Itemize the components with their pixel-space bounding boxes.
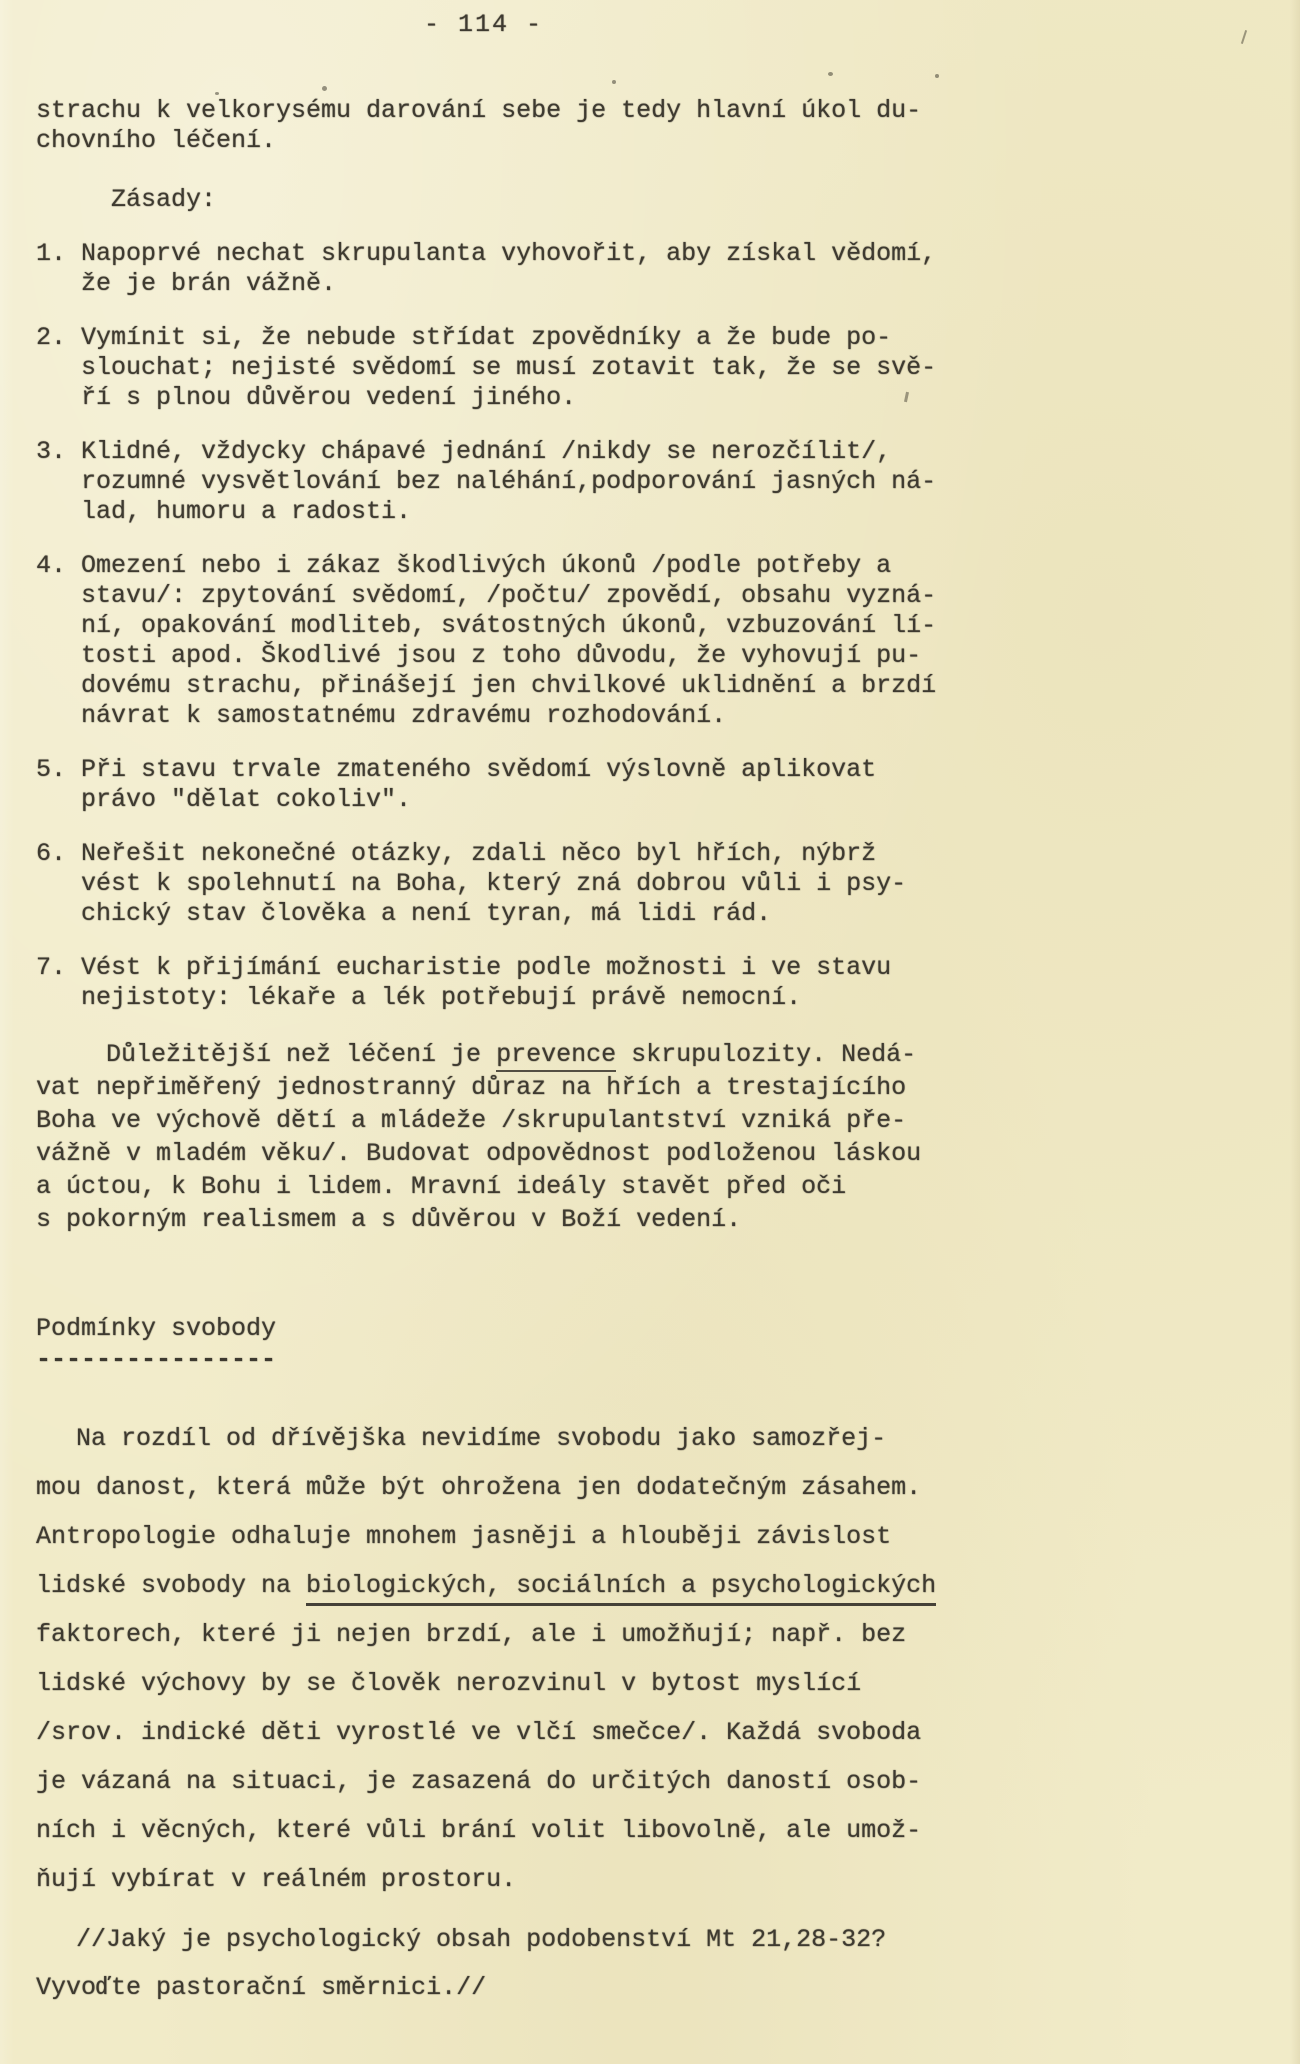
text-line: vážně v mladém věku/. Budovat odpovědnos…: [36, 1137, 1300, 1170]
text-line: chický stav člověka a není tyran, má lid…: [36, 899, 1300, 929]
text-line: a úctou, k Bohu i lidem. Mravní ideály s…: [36, 1170, 1300, 1203]
zasady-subheading: Zásady:: [36, 185, 1300, 215]
text-line: faktorech, které ji nejen brzdí, ale i u…: [36, 1610, 1300, 1659]
item-number: 5.: [36, 755, 81, 785]
underlined-word: prevence: [496, 1040, 616, 1072]
item-text: Napoprvé nechat skrupulanta vyhovořit, a…: [81, 239, 936, 268]
text-line: Na rozdíl od dřívějška nevidíme svobodu …: [36, 1414, 1300, 1463]
text-line: stavu/: zpytování svědomí, /počtu/ zpově…: [36, 581, 1300, 611]
underlined-phrase: biologických, sociálních a psychologický…: [306, 1571, 936, 1606]
item-number: 3.: [36, 437, 81, 467]
scan-speck: [935, 74, 939, 78]
scan-speck: [828, 72, 833, 76]
intro-paragraph: strachu k velkorysému darování sebe je t…: [36, 96, 1300, 156]
text-line: ňují vybírat v reálném prostoru.: [36, 1855, 1300, 1904]
text-segment: Důležitější než léčení je: [106, 1040, 496, 1069]
text-line: návrat k samostatnému zdravému rozhodová…: [36, 701, 1300, 731]
scan-speck: [322, 86, 327, 91]
text-line: nejistoty: lékaře a lék potřebují právě …: [36, 983, 1300, 1013]
item-text: Při stavu trvale zmateného svědomí výslo…: [81, 755, 876, 784]
text-line: dovému strachu, přinášejí jen chvilkové …: [36, 671, 1300, 701]
item-number: 2.: [36, 323, 81, 353]
scan-speck: [215, 92, 219, 95]
principle-item-4: 4.Omezení nebo i zákaz škodlivých úkonů …: [36, 551, 1300, 731]
section-heading: Podmínky svobody: [36, 1314, 1300, 1344]
text-line: ří s plnou důvěrou vedení jiného.: [36, 383, 1300, 413]
heading-dash-underline: ----------------: [36, 1346, 1300, 1374]
text-line: chovního léčení.: [36, 126, 1300, 156]
text-line: tosti apod. Škodlivé jsou z toho důvodu,…: [36, 641, 1300, 671]
text-line: /srov. indické děti vyrostlé ve vlčí sme…: [36, 1708, 1300, 1757]
principle-item-1: 1.Napoprvé nechat skrupulanta vyhovořit,…: [36, 239, 1300, 299]
text-line: Důležitější než léčení je prevence skrup…: [36, 1038, 1300, 1071]
item-text: Vést k přijímání eucharistie podle možno…: [81, 953, 891, 982]
text-line: vést k spolehnutí na Boha, který zná dob…: [36, 869, 1300, 899]
text-line: je vázaná na situaci, je zasazená do urč…: [36, 1757, 1300, 1806]
item-number: 7.: [36, 953, 81, 983]
text-line: právo "dělat cokoliv".: [36, 785, 1300, 815]
text-line: s pokorným realismem a s důvěrou v Boží …: [36, 1203, 1300, 1236]
text-line: ní, opakování modliteb, svátostných úkon…: [36, 611, 1300, 641]
page-number: - 114 -: [424, 10, 543, 40]
text-line: lidské svobody na biologických, sociální…: [36, 1561, 1300, 1610]
prevention-paragraph: Důležitější než léčení je prevence skrup…: [36, 1038, 1300, 1236]
text-segment: lidské svobody na: [36, 1571, 306, 1600]
text-line: slouchat; nejisté svědomí se musí zotavi…: [36, 353, 1300, 383]
item-text: Omezení nebo i zákaz škodlivých úkonů /p…: [81, 551, 891, 580]
principle-item-3: 3.Klidné, vždycky chápavé jednání /nikdy…: [36, 437, 1300, 527]
text-line: Vyvoďte pastorační směrnici.//: [36, 1964, 1300, 2012]
item-number: 1.: [36, 239, 81, 269]
text-line: lidské výchovy by se člověk nerozvinul v…: [36, 1659, 1300, 1708]
document-page: - 114 - strachu k velkorysému darování s…: [0, 0, 1300, 2064]
scan-edge-mark: [1241, 30, 1247, 44]
text-line: lad, humoru a radosti.: [36, 497, 1300, 527]
text-line: strachu k velkorysému darování sebe je t…: [36, 96, 1300, 126]
scan-speck: [612, 80, 616, 84]
item-number: 4.: [36, 551, 81, 581]
text-line: rozumné vysvětlování bez naléhání,podpor…: [36, 467, 1300, 497]
text-line: Boha ve výchově dětí a mládeže /skrupula…: [36, 1104, 1300, 1137]
question-paragraph: //Jaký je psychologický obsah podobenstv…: [36, 1916, 1300, 2012]
item-text: Klidné, vždycky chápavé jednání /nikdy s…: [81, 437, 891, 466]
principle-item-5: 5.Při stavu trvale zmateného svědomí výs…: [36, 755, 1300, 815]
text-line: ních i věcných, které vůli brání volit l…: [36, 1806, 1300, 1855]
principle-item-7: 7.Vést k přijímání eucharistie podle mož…: [36, 953, 1300, 1013]
principle-item-6: 6.Neřešit nekonečné otázky, zdali něco b…: [36, 839, 1300, 929]
text-line: že je brán vážně.: [36, 269, 1300, 299]
text-line: Antropologie odhaluje mnohem jasněji a h…: [36, 1512, 1300, 1561]
item-text: Vymínit si, že nebude střídat zpovědníky…: [81, 323, 891, 352]
freedom-paragraph: Na rozdíl od dřívějška nevidíme svobodu …: [36, 1414, 1300, 1904]
principles-list: 1.Napoprvé nechat skrupulanta vyhovořit,…: [36, 239, 1300, 1013]
text-line: //Jaký je psychologický obsah podobenstv…: [36, 1916, 1300, 1964]
text-line: vat nepřiměřený jednostranný důraz na hř…: [36, 1071, 1300, 1104]
item-text: Neřešit nekonečné otázky, zdali něco byl…: [81, 839, 876, 868]
item-number: 6.: [36, 839, 81, 869]
text-segment: skrupulozity. Nedá-: [616, 1040, 916, 1069]
text-line: mou danost, která může být ohrožena jen …: [36, 1463, 1300, 1512]
principle-item-2: 2.Vymínit si, že nebude střídat zpovědní…: [36, 323, 1300, 413]
